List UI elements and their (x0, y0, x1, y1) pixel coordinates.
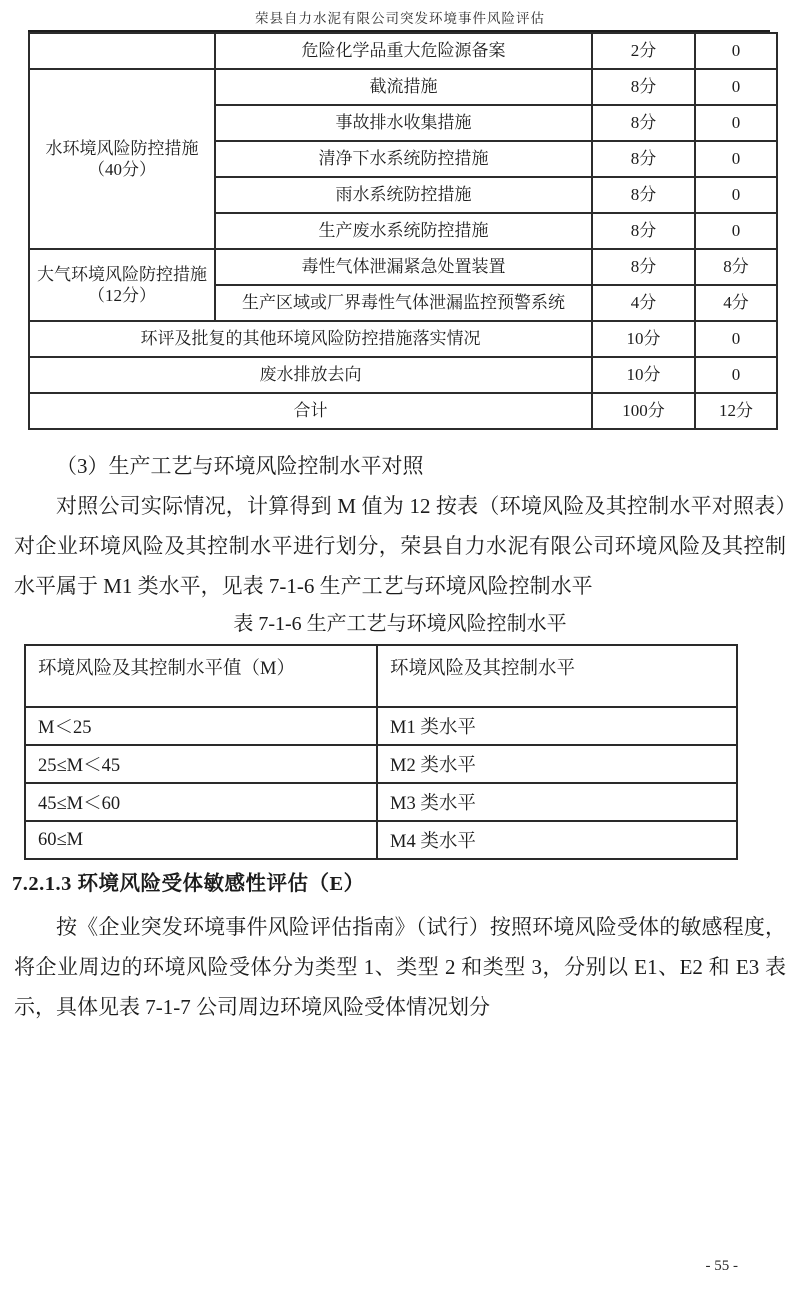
max-score-cell: 8分 (592, 177, 695, 213)
max-score-cell: 8分 (592, 69, 695, 105)
criterion-cell: 雨水系统防控措施 (215, 177, 592, 213)
max-score-cell: 8分 (592, 141, 695, 177)
section-7-2-1-3-heading: 7.2.1.3 环境风险受体敏感性评估（E） (12, 867, 786, 901)
subsection-3-title: （3）生产工艺与环境风险控制水平对照 (14, 446, 786, 486)
column-header-m-value: 环境风险及其控制水平值（M） (25, 645, 377, 707)
table-7-1-6-caption: 表 7-1-6 生产工艺与环境风险控制水平 (0, 608, 800, 640)
criterion-cell: 危险化学品重大危险源备案 (215, 33, 592, 69)
table-row: 大气环境风险防控措施（12分） 毒性气体泄漏紧急处置装置 8分 8分 (29, 249, 777, 285)
paragraph-receptor-sensitivity: 按《企业突发环境事件风险评估指南》（试行）按照环境风险受体的敏感程度，将企业周边… (14, 907, 786, 1027)
level-cell: M3 类水平 (377, 783, 737, 821)
running-header: 荣县自力水泥有限公司突发环境事件风险评估 (0, 0, 800, 27)
level-cell: M4 类水平 (377, 821, 737, 859)
criterion-cell: 生产区域或厂界毒性气体泄漏监控预警系统 (215, 285, 592, 321)
actual-score-cell: 0 (695, 357, 777, 393)
max-score-cell: 8分 (592, 105, 695, 141)
m-range-cell: 25≤M＜45 (25, 745, 377, 783)
total-score-cell: 12分 (695, 393, 777, 429)
actual-score-cell: 8分 (695, 249, 777, 285)
paragraph-m-value: 对照公司实际情况，计算得到 M 值为 12 按表（环境风险及其控制水平对照表）对… (14, 486, 786, 606)
m-range-cell: 60≤M (25, 821, 377, 859)
group-label-cell-water: 水环境风险防控措施（40分） (29, 69, 215, 249)
m-range-cell: M＜25 (25, 707, 377, 745)
group-label-cell (29, 33, 215, 69)
table-header-row: 环境风险及其控制水平值（M） 环境风险及其控制水平 (25, 645, 737, 707)
criterion-cell: 环评及批复的其他环境风险防控措施落实情况 (29, 321, 592, 357)
control-level-table: 环境风险及其控制水平值（M） 环境风险及其控制水平 M＜25 M1 类水平 25… (24, 644, 738, 860)
risk-measures-score-table: 危险化学品重大危险源备案 2分 0 水环境风险防控措施（40分） 截流措施 8分… (28, 32, 778, 430)
criterion-cell: 毒性气体泄漏紧急处置装置 (215, 249, 592, 285)
table-row: 水环境风险防控措施（40分） 截流措施 8分 0 (29, 69, 777, 105)
m-range-cell: 45≤M＜60 (25, 783, 377, 821)
max-score-cell: 10分 (592, 321, 695, 357)
max-score-cell: 10分 (592, 357, 695, 393)
criterion-cell: 废水排放去向 (29, 357, 592, 393)
actual-score-cell: 0 (695, 141, 777, 177)
actual-score-cell: 0 (695, 33, 777, 69)
actual-score-cell: 0 (695, 213, 777, 249)
table-row: M＜25 M1 类水平 (25, 707, 737, 745)
actual-score-cell: 0 (695, 321, 777, 357)
table-row: 25≤M＜45 M2 类水平 (25, 745, 737, 783)
total-max-cell: 100分 (592, 393, 695, 429)
actual-score-cell: 0 (695, 177, 777, 213)
criterion-cell: 清净下水系统防控措施 (215, 141, 592, 177)
max-score-cell: 2分 (592, 33, 695, 69)
max-score-cell: 8分 (592, 249, 695, 285)
table-row: 45≤M＜60 M3 类水平 (25, 783, 737, 821)
table-row: 60≤M M4 类水平 (25, 821, 737, 859)
criterion-cell: 事故排水收集措施 (215, 105, 592, 141)
criterion-cell: 生产废水系统防控措施 (215, 213, 592, 249)
level-cell: M1 类水平 (377, 707, 737, 745)
document-page: 荣县自力水泥有限公司突发环境事件风险评估 危险化学品重大危险源备案 2分 0 水… (0, 0, 800, 1304)
max-score-cell: 4分 (592, 285, 695, 321)
criterion-cell: 截流措施 (215, 69, 592, 105)
actual-score-cell: 4分 (695, 285, 777, 321)
level-cell: M2 类水平 (377, 745, 737, 783)
total-label-cell: 合计 (29, 393, 592, 429)
group-label-cell-air: 大气环境风险防控措施（12分） (29, 249, 215, 321)
table-row: 废水排放去向 10分 0 (29, 357, 777, 393)
actual-score-cell: 0 (695, 105, 777, 141)
max-score-cell: 8分 (592, 213, 695, 249)
table-row: 环评及批复的其他环境风险防控措施落实情况 10分 0 (29, 321, 777, 357)
column-header-level: 环境风险及其控制水平 (377, 645, 737, 707)
table-row-total: 合计 100分 12分 (29, 393, 777, 429)
page-number: - 55 - (706, 1258, 739, 1275)
actual-score-cell: 0 (695, 69, 777, 105)
table-row: 危险化学品重大危险源备案 2分 0 (29, 33, 777, 69)
